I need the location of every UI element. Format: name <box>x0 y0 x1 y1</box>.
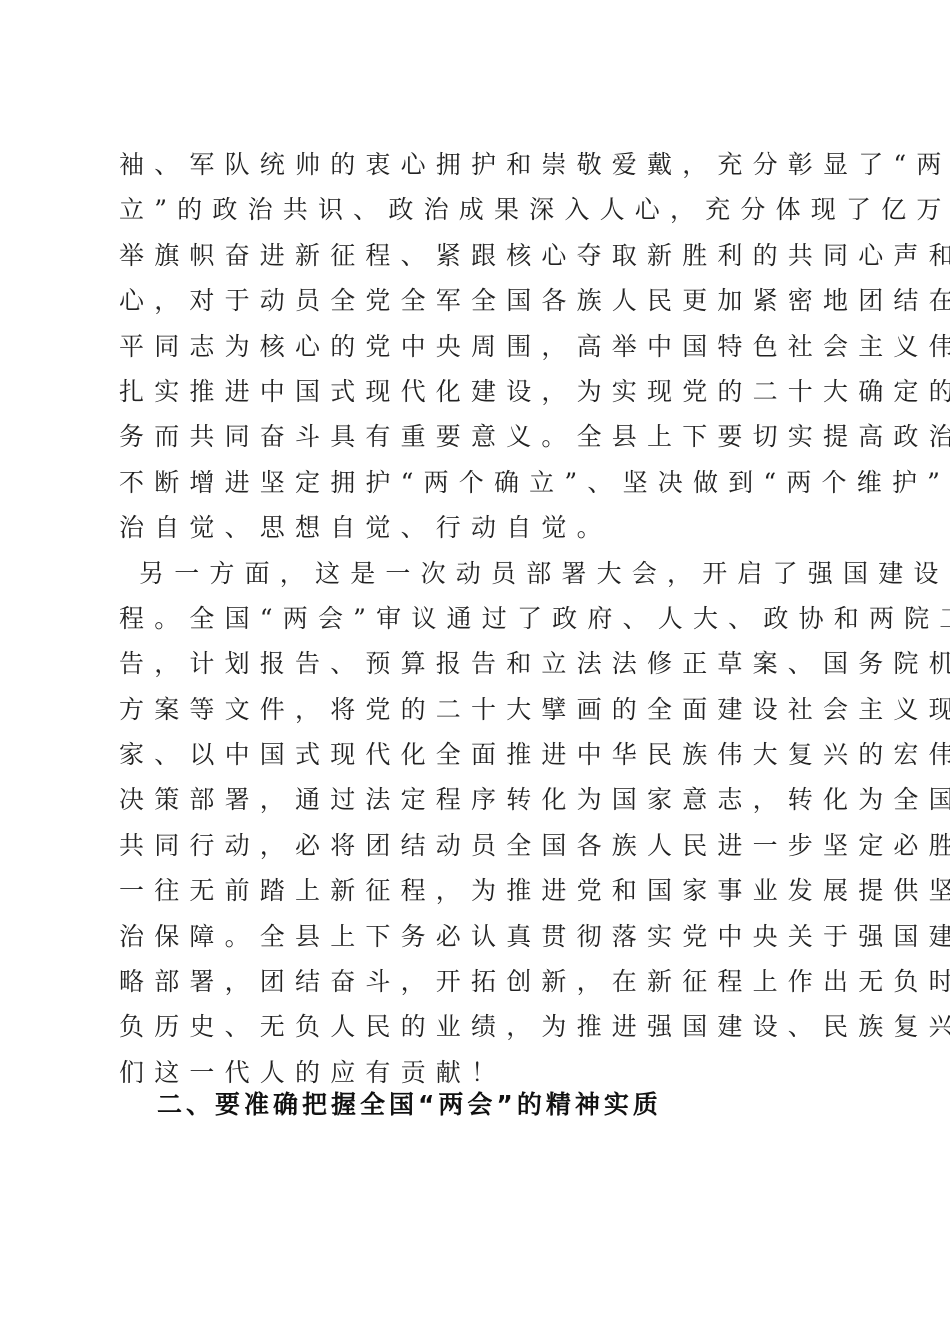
text-line: 共同行动，必将团结动员全国各族人民进一步坚定必胜信心， <box>119 823 839 868</box>
text-line-first-indent: 另一方面，这是一次动员部署大会，开启了强国建设的新征 <box>119 551 839 596</box>
text-line: 一往无前踏上新征程，为推进党和国家事业发展提供坚强的政 <box>119 868 839 913</box>
text-line: 扎实推进中国式现代化建设，为实现党的二十大确定的目标任 <box>119 369 839 414</box>
paragraph-2: 另一方面，这是一次动员部署大会，开启了强国建设的新征 程。全国“两会”审议通过了… <box>119 551 839 1096</box>
text-line: 治自觉、思想自觉、行动自觉。 <box>119 505 839 550</box>
text-line: 务而共同奋斗具有重要意义。全县上下要切实提高政治站位， <box>119 414 839 459</box>
text-line: 告，计划报告、预算报告和立法法修正草案、国务院机构改革 <box>119 641 839 686</box>
text-line: 举旗帜奋进新征程、紧跟核心夺取新胜利的共同心声和坚定决 <box>119 233 839 278</box>
section-heading: 二、要准确把握全国“两会”的精神实质 <box>157 1085 662 1125</box>
text-line: 平同志为核心的党中央周围，高举中国特色社会主义伟大旗帜， <box>119 324 839 369</box>
text-line: 袖、军队统帅的衷心拥护和崇敬爱戴，充分彰显了“两个确 <box>119 142 839 187</box>
paragraph-1: 袖、军队统帅的衷心拥护和崇敬爱戴，充分彰显了“两个确 立”的政治共识、政治成果深… <box>119 142 839 551</box>
text-line: 心，对于动员全党全军全国各族人民更加紧密地团结在以习近 <box>119 278 839 323</box>
text-line: 方案等文件，将党的二十大擘画的全面建设社会主义现代化国 <box>119 687 839 732</box>
text-line: 家、以中国式现代化全面推进中华民族伟大复兴的宏伟蓝图和 <box>119 732 839 777</box>
text-line: 略部署，团结奋斗，开拓创新，在新征程上作出无负时代、无 <box>119 959 839 1004</box>
text-line: 不断增进坚定拥护“两个确立”、坚决做到“两个维护”的政 <box>119 460 839 505</box>
text-line: 负历史、无负人民的业绩，为推进强国建设、民族复兴作出我 <box>119 1004 839 1049</box>
document-body: 袖、军队统帅的衷心拥护和崇敬爱戴，充分彰显了“两个确 立”的政治共识、政治成果深… <box>119 142 839 1095</box>
document-page: 袖、军队统帅的衷心拥护和崇敬爱戴，充分彰显了“两个确 立”的政治共识、政治成果深… <box>0 0 950 1344</box>
text-line: 立”的政治共识、政治成果深入人心，充分体现了亿万人民高 <box>119 187 839 232</box>
text-line: 程。全国“两会”审议通过了政府、人大、政协和两院工作报 <box>119 596 839 641</box>
text-line: 决策部署，通过法定程序转化为国家意志，转化为全国人民的 <box>119 777 839 822</box>
text-line: 治保障。全县上下务必认真贯彻落实党中央关于强国建设的战 <box>119 914 839 959</box>
